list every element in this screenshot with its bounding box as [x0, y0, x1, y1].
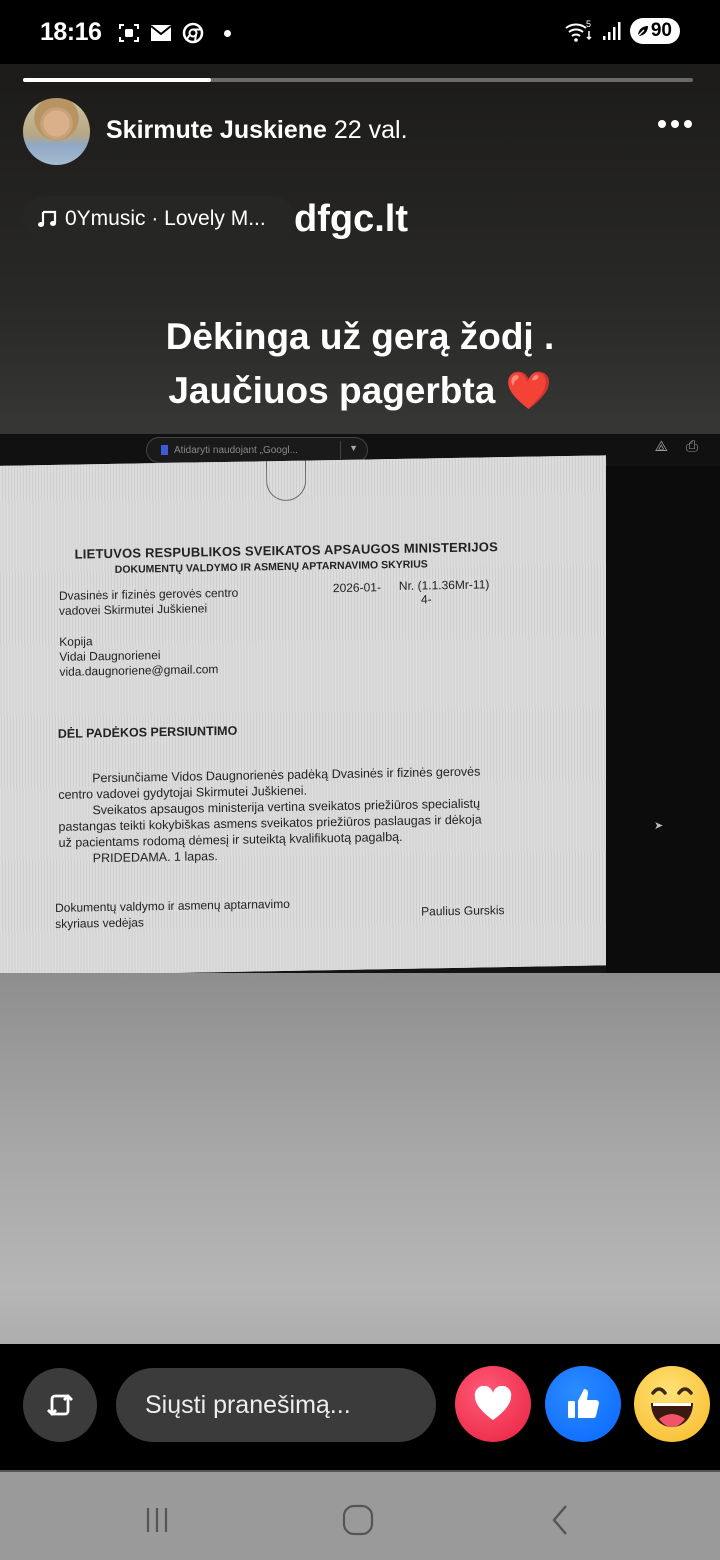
repost-icon: [43, 1388, 77, 1422]
author-name[interactable]: Skirmute Juskiene: [106, 116, 327, 144]
red-heart-icon: ❤️: [506, 370, 552, 411]
music-note-icon: [37, 209, 57, 229]
doc-body-line: PRIDEDAMA. 1 lapas.: [93, 848, 218, 867]
reply-bar: [0, 1344, 720, 1470]
doc-signer-name: Paulius Gurskis: [421, 903, 504, 919]
author-avatar[interactable]: [23, 98, 90, 165]
clock: 18:16: [40, 18, 101, 47]
mail-icon: [150, 24, 172, 42]
doc-subject: DĖL PADĖKOS PERSIUNTIMO: [58, 724, 238, 742]
google-docs-icon: [161, 445, 168, 455]
screen-background: [606, 466, 720, 974]
recents-button[interactable]: [127, 1500, 187, 1540]
doc-copy-label: Kopija: [59, 634, 92, 650]
doc-header-ministry: LIETUVOS RESPUBLIKOS SVEIKATOS APSAUGOS …: [75, 539, 498, 561]
system-nav-bar: [0, 1470, 720, 1560]
home-button[interactable]: [328, 1500, 388, 1540]
more-dot-icon: [671, 120, 679, 128]
story-photo: Atidaryti naudojant „Googl... ▼ ⟁ ⎙ LIET…: [0, 434, 720, 974]
story-progress-fill: [23, 78, 211, 82]
screenshot-icon: [118, 22, 140, 44]
story-text-site: dfgc.lt: [294, 198, 408, 241]
battery-indicator: 90: [630, 18, 680, 44]
post-time: 22 val.: [334, 116, 408, 144]
doc-header-department: DOKUMENTŲ VALDYMO IR ASMENŲ APTARNAVIMO …: [115, 558, 428, 575]
doc-recipient-1: Dvasinės ir fizinės gerovės centro: [59, 586, 239, 604]
coat-of-arms-icon: [266, 461, 306, 502]
caption-line-1: Dėkinga už gerą žodį .: [0, 310, 720, 364]
story-background: [0, 973, 720, 1344]
home-icon: [341, 1503, 375, 1537]
story-viewer[interactable]: Skirmute Juskiene 22 val. 0Ymusic · Love…: [0, 64, 720, 1344]
dropdown-arrow-icon: ▼: [349, 443, 358, 453]
doc-number-suffix: 4-: [421, 592, 432, 607]
notification-dot: [224, 30, 231, 37]
mouse-cursor-icon: ➤: [654, 819, 663, 832]
music-sticker[interactable]: 0Ymusic · Lovely M...: [23, 196, 295, 242]
more-dot-icon: [684, 120, 692, 128]
svg-text:5: 5: [586, 19, 591, 29]
doc-date: 2026-01-: [333, 580, 381, 596]
story-caption: Dėkinga už gerą žodį . Jaučiuos pagerbta…: [0, 310, 720, 418]
story-progress-bar: [23, 78, 693, 82]
laughing-face-icon: [637, 1369, 707, 1439]
love-reaction-button[interactable]: [455, 1366, 531, 1442]
share-button[interactable]: [23, 1368, 97, 1442]
author-info[interactable]: Skirmute Juskiene 22 val.: [106, 116, 408, 145]
send-message-input[interactable]: [116, 1368, 436, 1442]
document-page: LIETUVOS RESPUBLIKOS SVEIKATOS APSAUGOS …: [0, 455, 610, 974]
doc-signer-title-1: Dokumentų valdymo ir asmenų aptarnavimo: [55, 897, 290, 916]
like-reaction-button[interactable]: [545, 1366, 621, 1442]
doc-signer-title-2: skyriaus vedėjas: [55, 915, 144, 932]
chrome-icon: [182, 22, 204, 44]
doc-recipient-2: vadovei Skirmutei Juškienei: [59, 601, 207, 619]
doc-number: Nr. (1.1.36Mr-11): [399, 577, 490, 594]
thumbs-up-icon: [563, 1384, 603, 1424]
music-label: 0Ymusic · Lovely M...: [65, 207, 266, 231]
back-button[interactable]: [530, 1500, 590, 1540]
wifi-icon: 5: [564, 19, 594, 43]
status-bar: 18:16 5: [0, 0, 720, 64]
doc-copy-email: vida.daugnoriene@gmail.com: [59, 662, 218, 680]
more-dot-icon: [658, 120, 666, 128]
recents-icon: [142, 1505, 172, 1535]
haha-reaction-button[interactable]: [634, 1366, 710, 1442]
back-icon: [548, 1503, 572, 1537]
caption-line-2: Jaučiuos pagerbta ❤️: [0, 364, 720, 418]
more-options-button[interactable]: [658, 120, 692, 128]
heart-icon: [473, 1386, 513, 1422]
signal-icon: [602, 21, 622, 41]
doc-copy-name: Vidai Daugnorienei: [59, 648, 160, 665]
drive-add-icon: ⟁: [655, 438, 668, 455]
battery-saver-icon: [636, 24, 650, 38]
print-icon: ⎙: [686, 438, 698, 455]
